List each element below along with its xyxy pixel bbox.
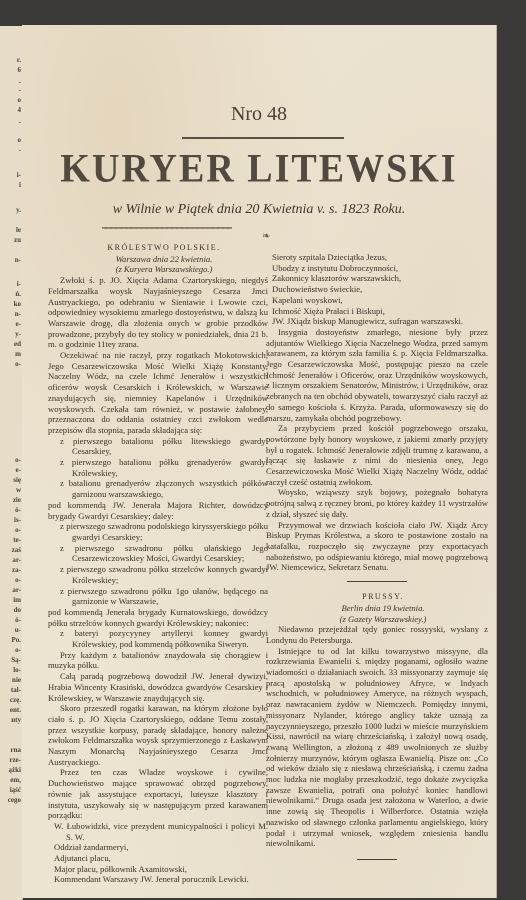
previous-page-text-fragment: r. bbox=[17, 56, 21, 65]
command-line: pod kommendą Jenerała brygady Kurnatowsk… bbox=[48, 607, 268, 628]
previous-page-text-fragment: e- bbox=[16, 320, 21, 329]
previous-page-text-fragment: ar- bbox=[12, 586, 21, 595]
procession-item: Kommendant Warszawy JW. Jenerał poruczni… bbox=[48, 874, 268, 885]
previous-page-text-fragment: nie bbox=[12, 676, 21, 685]
previous-page-text-fragment: zaś bbox=[12, 546, 21, 555]
procession-item: Oddział żandarmeryi, bbox=[48, 842, 268, 853]
article-paragraph: Woysko, wziąwszy szyk bojowy, pożegnało … bbox=[266, 487, 488, 519]
previous-page-text-fragment: zu bbox=[14, 236, 21, 245]
issue-rule bbox=[182, 137, 344, 139]
previous-page-text-fragment: się bbox=[13, 476, 21, 485]
previous-page-text-fragment: - bbox=[19, 146, 21, 155]
previous-page-text-fragment: u- bbox=[15, 626, 21, 635]
previous-page-text-fragment: czę. bbox=[10, 696, 21, 705]
place-date: Warszawa dnia 22 kwietnia. bbox=[48, 254, 268, 265]
list-item: z pierwszego batalionu półku litewskiego… bbox=[48, 436, 268, 457]
left-column: KRÓLESTWO POLSKIE. Warszawa dnia 22 kwie… bbox=[48, 243, 268, 885]
previous-page-text-fragment: i- bbox=[17, 280, 21, 289]
list-item: z pierwszego szwadronu półku strzelców k… bbox=[48, 564, 268, 585]
previous-page-text-fragment: w bbox=[16, 486, 21, 495]
previous-page-text-fragment: tal- bbox=[11, 686, 21, 695]
previous-page-text-fragment: o- bbox=[15, 360, 21, 369]
right-column: Sieroty szpitala Dzieciątka Jezus, Ubodz… bbox=[266, 252, 488, 860]
section-heading: KRÓLESTWO POLSKIE. bbox=[48, 243, 268, 254]
article-paragraph: Niedawno przejeżdżał tędy goniec rossyys… bbox=[266, 624, 488, 645]
newspaper-page: Nro 48 KURYER LITEWSKI w Wilnie w Piątek… bbox=[22, 25, 496, 898]
procession-item: Adjutanci placu, bbox=[48, 853, 268, 864]
list-item: z bateryi pozycyyney artylleryi konney g… bbox=[48, 628, 268, 649]
previous-page-text-fragment: o- bbox=[15, 526, 21, 535]
previous-page-text-fragment: za- bbox=[12, 566, 21, 575]
source-note: (z Gazety Warszawskiey.) bbox=[266, 614, 488, 625]
newspaper-title: KURYER LITEWSKI bbox=[22, 146, 496, 192]
procession-item: Ichmość Xięża Prałaci i Biskupi, bbox=[266, 306, 488, 317]
previous-page-text-fragment: n- bbox=[15, 310, 21, 319]
procession-item: Major placu, półkownik Axamitowski, bbox=[48, 864, 268, 875]
article-paragraph: Istniejące tu od lat kilku towarzystwo m… bbox=[266, 646, 488, 849]
previous-page-text-fragment: o- bbox=[15, 646, 21, 655]
previous-page-text-fragment: 4 bbox=[18, 106, 22, 115]
previous-page-text-fragment: lo- bbox=[13, 666, 21, 675]
previous-page-text-fragment: i bbox=[19, 181, 21, 190]
article-paragraph: Przez ten czas Władze woyskowe i cywilne… bbox=[48, 767, 268, 821]
previous-page-text-fragment: 6 bbox=[18, 66, 22, 75]
previous-page-text-fragment: i- bbox=[17, 171, 21, 180]
previous-page-text-fragment: zie bbox=[13, 496, 21, 505]
article-paragraph: Przy każdym z batalionów znaydowała się … bbox=[48, 650, 268, 671]
previous-page-text-fragment: y- bbox=[15, 330, 21, 339]
previous-page-text-fragment: im bbox=[13, 596, 21, 605]
previous-page-text-fragment: rna bbox=[11, 746, 22, 755]
issue-number: Nro 48 bbox=[22, 103, 496, 126]
previous-page-text-fragment: o bbox=[18, 96, 22, 105]
command-line: pod kommendą JW. Jenerała Majora Richter… bbox=[48, 500, 268, 521]
procession-item: Sieroty szpitala Dzieciątka Jezus, bbox=[266, 252, 488, 263]
procession-item: W. Łubowidzki, vice prezydent municypaln… bbox=[48, 821, 268, 842]
list-item: z pierwszego szwadronu podolskiego kirys… bbox=[48, 521, 268, 542]
end-divider bbox=[357, 859, 397, 860]
procession-item: Ubodzy z instytutu Dobroczynności, bbox=[266, 263, 488, 274]
previous-page-text-fragment: ed bbox=[14, 340, 21, 349]
previous-page-text-fragment: o- bbox=[15, 576, 21, 585]
previous-page-text-fragment: do bbox=[14, 606, 21, 615]
previous-page-text-fragment: nty bbox=[11, 716, 21, 725]
article-paragraph: Insygnia dostoyeństw zmarłego, niesione … bbox=[266, 327, 488, 423]
previous-page-text-fragment: y. bbox=[16, 206, 21, 215]
previous-page-text-fragment: is- bbox=[14, 516, 21, 525]
previous-page-text-fragment: rze- bbox=[9, 756, 21, 765]
previous-page-text-fragment: m bbox=[15, 350, 21, 359]
previous-page-text-fragment: o bbox=[18, 136, 22, 145]
previous-page-text-fragment: Są- bbox=[11, 656, 21, 665]
previous-page-text-fragment: o- bbox=[15, 456, 21, 465]
section-heading: PRUSSY. bbox=[266, 592, 488, 603]
previous-page-text-fragment: cego bbox=[8, 796, 21, 805]
ornament-icon: ❧ bbox=[262, 231, 270, 242]
article-paragraph: Przyymował we drzwiach kościoła ciało JW… bbox=[266, 520, 488, 574]
procession-item: Zakonnicy klasztorów warszawskich, bbox=[266, 273, 488, 284]
previous-page-text-fragment: ar- bbox=[12, 556, 21, 565]
list-item: z pierwszego szwadronu półku 1go ułanów,… bbox=[48, 586, 268, 607]
previous-page-text-fragment: e- bbox=[16, 466, 21, 475]
previous-page-text-fragment: ążki bbox=[9, 766, 21, 775]
source-note: (z Kuryera Warszawskiego.) bbox=[48, 264, 268, 275]
previous-page-text-fragment: ó- bbox=[15, 616, 21, 625]
procession-item: Kapelani woyskowi, bbox=[266, 295, 488, 306]
section-divider bbox=[347, 581, 407, 582]
procession-item: Duchowieństwo świeckie, bbox=[266, 284, 488, 295]
previous-page-text-fragment: Po. bbox=[11, 636, 21, 645]
previous-page-text-fragment: - bbox=[19, 86, 21, 95]
previous-page-text-fragment: - bbox=[19, 118, 21, 127]
article-paragraph: Za przybyciem przed kościół pogrzebowego… bbox=[266, 423, 488, 487]
previous-page-text-fragment: te- bbox=[13, 536, 21, 545]
list-item: z pierwszego szwadronu półku ułańskiego … bbox=[48, 543, 268, 564]
article-paragraph: Zwłoki ś. p. JO. Xięcia Adama Czartorysk… bbox=[48, 275, 268, 350]
previous-page-text-fragment: iąść bbox=[10, 786, 21, 795]
previous-page-text-fragment: ent. bbox=[10, 706, 21, 715]
ornament-rule bbox=[102, 227, 232, 229]
previous-page-text-fragment: ó- bbox=[15, 506, 21, 515]
previous-page-text-fragment: em, bbox=[10, 776, 21, 785]
list-item: z batalionu grenadyerów złączonych wszys… bbox=[48, 478, 268, 499]
procession-item: JW. JXiądz biskup Manugiewicz, sufragan … bbox=[266, 316, 488, 327]
previous-page-text-fragment: le bbox=[16, 226, 21, 235]
article-paragraph: Oczekiwać na nie raczył, przy rogatkach … bbox=[48, 350, 268, 436]
previous-page-text-fragment: ko bbox=[14, 300, 21, 309]
article-paragraph: Całą paradą pogrzebową dowodził JW. Jene… bbox=[48, 671, 268, 703]
previous-page-edge: r.6--o4-o-i-iy.lezun-i-ń.kon-e-y-edmo-o-… bbox=[0, 26, 23, 900]
previous-page-text-fragment: n- bbox=[15, 256, 21, 265]
list-item: z pierwszego batalionu półku grenadyerów… bbox=[48, 457, 268, 478]
place-date: Berlin dnia 19 kwietnia. bbox=[266, 603, 488, 614]
previous-page-text-fragment: ń. bbox=[15, 290, 21, 299]
dateline: w Wilnie w Piątek dnia 20 Kwietnia v. s.… bbox=[22, 202, 496, 218]
article-paragraph: Skoro przeszedł rogatki karawan, na któr… bbox=[48, 703, 268, 767]
